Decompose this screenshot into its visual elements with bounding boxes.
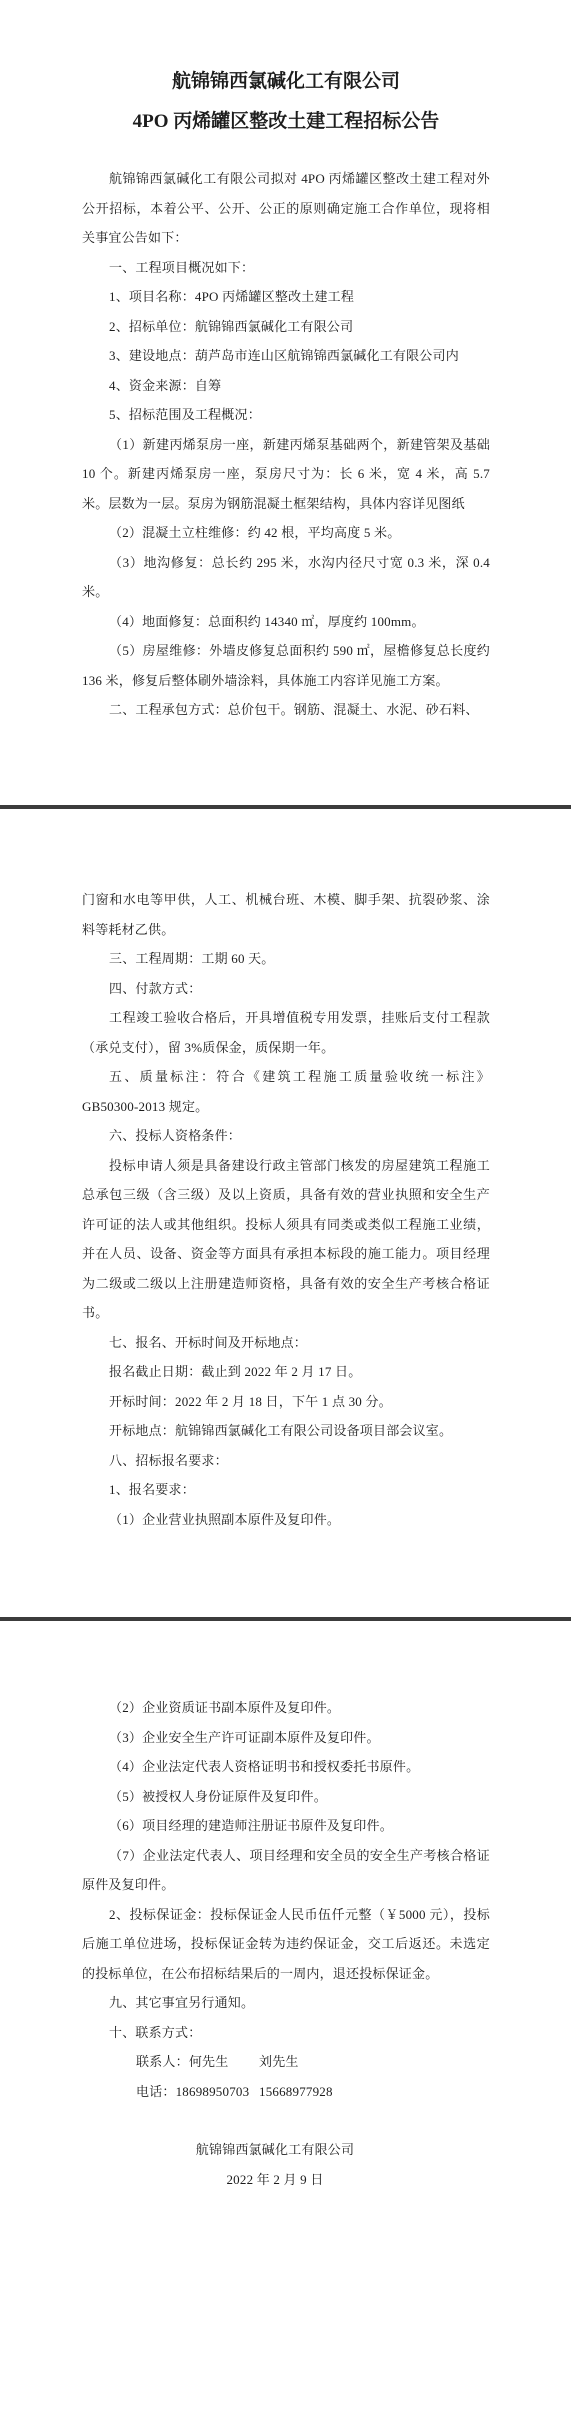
doc-paragraph-section-2-start: 二、工程承包方式：总价包干。钢筋、混凝土、水泥、砂石料、 xyxy=(82,695,490,725)
doc-paragraph-section-3: 三、工程周期：工期 60 天。 xyxy=(82,944,490,974)
doc-paragraph-section-9: 九、其它事宜另行通知。 xyxy=(82,1988,490,2018)
contact-phone-1-number: 18698950703 xyxy=(176,2084,250,2099)
doc-paragraph-intro: 航锦锦西氯碱化工有限公司拟对 4PO 丙烯罐区整改土建工程对外公开招标，本着公平… xyxy=(82,164,490,253)
document-page-2: 门窗和水电等甲供，人工、机械台班、木模、脚手架、抗裂砂浆、涂料等耗材乙供。 三、… xyxy=(0,809,571,1617)
contact-phone-label: 电话： xyxy=(136,2084,176,2099)
contact-persons-row: 联系人：何先生刘先生 xyxy=(82,2047,490,2077)
doc-paragraph-tender-unit: 2、招标单位：航锦锦西氯碱化工有限公司 xyxy=(82,312,490,342)
signature-block: 航锦锦西氯碱化工有限公司 2022 年 2 月 9 日 xyxy=(82,2135,490,2194)
contact-phone-1: 电话：18698950703 xyxy=(109,2077,259,2107)
doc-paragraph-signup-req: 1、报名要求： xyxy=(82,1475,490,1505)
doc-paragraph-opening-place: 开标地点：航锦锦西氯碱化工有限公司设备项目部会议室。 xyxy=(82,1416,490,1446)
doc-paragraph-section-6: 六、投标人资格条件： xyxy=(82,1121,490,1151)
doc-paragraph-req-2: （2）企业资质证书副本原件及复印件。 xyxy=(82,1693,490,1723)
page-3-body: （2）企业资质证书副本原件及复印件。 （3）企业安全生产许可证副本原件及复印件。… xyxy=(82,1693,490,2194)
doc-paragraph-scope-4: （4）地面修复：总面积约 14340 ㎡，厚度约 100mm。 xyxy=(82,607,490,637)
doc-paragraph-scope-1: （1）新建丙烯泵房一座，新建丙烯泵基础两个，新建管架及基础 10 个。新建丙烯泵… xyxy=(82,430,490,519)
doc-paragraph-req-6: （6）项目经理的建造师注册证书原件及复印件。 xyxy=(82,1811,490,1841)
document-page-1: 航锦锦西氯碱化工有限公司 4PO 丙烯罐区整改土建工程招标公告 航锦锦西氯碱化工… xyxy=(0,0,571,805)
doc-paragraph-req-5: （5）被授权人身份证原件及复印件。 xyxy=(82,1782,490,1812)
doc-paragraph-scope-5: （5）房屋维修：外墙皮修复总面积约 590 ㎡，屋檐修复总长度约 136 米，修… xyxy=(82,636,490,695)
doc-paragraph-section-10: 十、联系方式： xyxy=(82,2018,490,2048)
doc-paragraph-deposit: 2、投标保证金：投标保证金人民币伍仟元整（￥5000 元），投标后施工单位进场，… xyxy=(82,1900,490,1989)
doc-paragraph-scope-2: （2）混凝土立柱维修：约 42 根，平均高度 5 米。 xyxy=(82,518,490,548)
doc-paragraph-req-3: （3）企业安全生产许可证副本原件及复印件。 xyxy=(82,1723,490,1753)
doc-paragraph-payment: 工程竣工验收合格后，开具增值税专用发票，挂账后支付工程款（承兑支付），留 3%质… xyxy=(82,1003,490,1062)
title-company-name: 航锦锦西氯碱化工有限公司 xyxy=(82,62,490,102)
contact-person-2-name: 刘先生 xyxy=(259,2054,299,2069)
doc-paragraph-opening-time: 开标时间：2022 年 2 月 18 日，下午 1 点 30 分。 xyxy=(82,1387,490,1417)
document-page-3: （2）企业资质证书副本原件及复印件。 （3）企业安全生产许可证副本原件及复印件。… xyxy=(0,1621,571,2426)
doc-paragraph-section-4: 四、付款方式： xyxy=(82,974,490,1004)
doc-paragraph-section-7: 七、报名、开标时间及开标地点： xyxy=(82,1328,490,1358)
doc-paragraph-req-7: （7）企业法定代表人、项目经理和安全员的安全生产考核合格证原件及复印件。 xyxy=(82,1841,490,1900)
contact-phones-row: 电话：1869895070315668977928 xyxy=(82,2077,490,2107)
document-title: 航锦锦西氯碱化工有限公司 4PO 丙烯罐区整改土建工程招标公告 xyxy=(82,62,490,142)
title-project-name: 4PO 丙烯罐区整改土建工程招标公告 xyxy=(82,102,490,142)
doc-paragraph-funding: 4、资金来源：自筹 xyxy=(82,371,490,401)
contact-phone-2-number: 15668977928 xyxy=(259,2084,333,2099)
doc-paragraph-req-4: （4）企业法定代表人资格证明书和授权委托书原件。 xyxy=(82,1752,490,1782)
contact-person-1: 联系人：何先生 xyxy=(109,2047,259,2077)
page-1-body: 航锦锦西氯碱化工有限公司拟对 4PO 丙烯罐区整改土建工程对外公开招标，本着公平… xyxy=(82,164,490,725)
page-2-body: 门窗和水电等甲供，人工、机械台班、木模、脚手架、抗裂砂浆、涂料等耗材乙供。 三、… xyxy=(82,885,490,1534)
doc-paragraph-scope-heading: 5、招标范围及工程概况： xyxy=(82,400,490,430)
doc-paragraph-signup-deadline: 报名截止日期：截止到 2022 年 2 月 17 日。 xyxy=(82,1357,490,1387)
doc-paragraph-req-1: （1）企业营业执照副本原件及复印件。 xyxy=(82,1505,490,1535)
contact-person-label: 联系人： xyxy=(136,2054,189,2069)
signature-date: 2022 年 2 月 9 日 xyxy=(82,2165,468,2195)
doc-paragraph-section-8: 八、招标报名要求： xyxy=(82,1446,490,1476)
doc-paragraph-location: 3、建设地点：葫芦岛市连山区航锦锦西氯碱化工有限公司内 xyxy=(82,341,490,371)
doc-paragraph-section-2-continued: 门窗和水电等甲供，人工、机械台班、木模、脚手架、抗裂砂浆、涂料等耗材乙供。 xyxy=(82,885,490,944)
doc-paragraph-section-1: 一、工程项目概况如下： xyxy=(82,253,490,283)
signature-company: 航锦锦西氯碱化工有限公司 xyxy=(82,2135,468,2165)
doc-paragraph-project-name: 1、项目名称：4PO 丙烯罐区整改土建工程 xyxy=(82,282,490,312)
doc-paragraph-section-5: 五、质量标注：符合《建筑工程施工质量验收统一标注》GB50300-2013 规定… xyxy=(82,1062,490,1121)
tender-announcement-document: 航锦锦西氯碱化工有限公司 4PO 丙烯罐区整改土建工程招标公告 航锦锦西氯碱化工… xyxy=(0,0,571,2426)
doc-paragraph-scope-3: （3）地沟修复：总长约 295 米，水沟内径尺寸宽 0.3 米，深 0.4 米。 xyxy=(82,548,490,607)
contact-person-1-name: 何先生 xyxy=(189,2054,229,2069)
doc-paragraph-qualification: 投标申请人须是具备建设行政主管部门核发的房屋建筑工程施工总承包三级（含三级）及以… xyxy=(82,1151,490,1328)
